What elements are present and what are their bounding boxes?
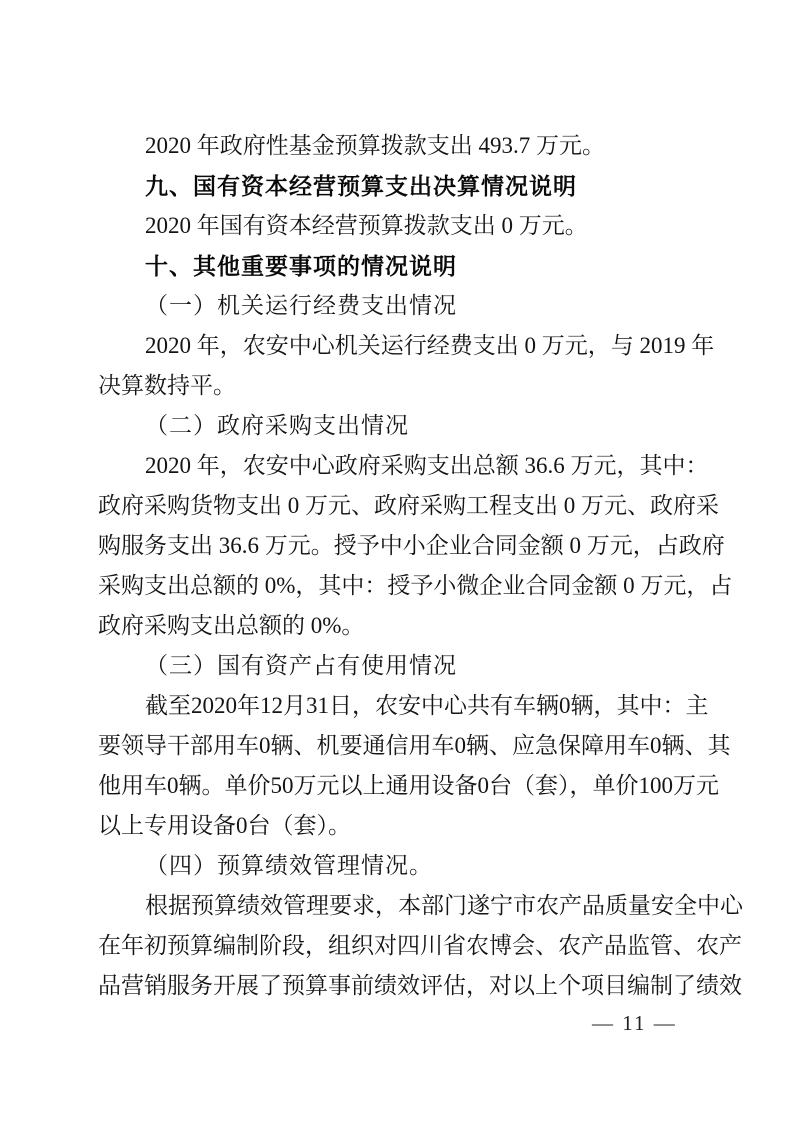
section-heading-nine: 九、国有资本经营预算支出决算情况说明 — [98, 166, 698, 206]
subsection-heading-two: （二）政府采购支出情况 — [98, 406, 698, 446]
page-number: — 11 — — [592, 1010, 677, 1036]
paragraph-line: 根据预算绩效管理要求，本部门遂宁市农产品质量安全中心 — [98, 886, 698, 926]
paragraph-line: 采购支出总额的 0%，其中：授予小微企业合同金额 0 万元，占 — [98, 566, 698, 606]
paragraph-line: 以上专用设备0台（套）。 — [98, 806, 698, 846]
subsection-heading-one: （一）机关运行经费支出情况 — [98, 286, 698, 326]
subsection-heading-four: （四）预算绩效管理情况。 — [98, 846, 698, 886]
document-page: 2020 年政府性基金预算拨款支出 493.7 万元。 九、国有资本经营预算支出… — [0, 0, 793, 1122]
paragraph-line: 他用车0辆。单价50万元以上通用设备0台（套），单价100万元 — [98, 766, 698, 806]
paragraph-line: 要领导干部用车0辆、机要通信用车0辆、应急保障用车0辆、其 — [98, 726, 698, 766]
paragraph-line: 2020 年国有资本经营预算拨款支出 0 万元。 — [98, 206, 698, 246]
paragraph-line: 决算数持平。 — [98, 366, 698, 406]
paragraph-line: 购服务支出 36.6 万元。授予中小企业合同金额 0 万元，占政府 — [98, 526, 698, 566]
paragraph-line: 2020 年政府性基金预算拨款支出 493.7 万元。 — [98, 126, 698, 166]
paragraph-line: 在年初预算编制阶段，组织对四川省农博会、农产品监管、农产 — [98, 926, 698, 966]
paragraph-line: 品营销服务开展了预算事前绩效评估，对以上个项目编制了绩效 — [98, 966, 698, 1006]
subsection-heading-three: （三）国有资产占有使用情况 — [98, 646, 698, 686]
paragraph-line: 截至2020年12月31日，农安中心共有车辆0辆，其中：主 — [98, 686, 698, 726]
section-heading-ten: 十、其他重要事项的情况说明 — [98, 246, 698, 286]
document-body: 2020 年政府性基金预算拨款支出 493.7 万元。 九、国有资本经营预算支出… — [98, 126, 698, 1006]
paragraph-line: 政府采购支出总额的 0%。 — [98, 606, 698, 646]
paragraph-line: 2020 年，农安中心机关运行经费支出 0 万元，与 2019 年 — [98, 326, 698, 366]
paragraph-line: 政府采购货物支出 0 万元、政府采购工程支出 0 万元、政府采 — [98, 486, 698, 526]
paragraph-line: 2020 年，农安中心政府采购支出总额 36.6 万元，其中： — [98, 446, 698, 486]
